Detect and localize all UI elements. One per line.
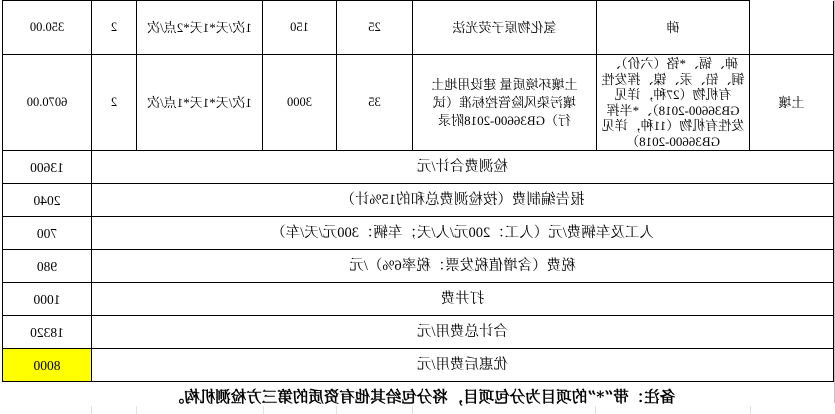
summary-label: 优惠后费用/元 <box>92 349 834 382</box>
summary-value: 1000 <box>3 283 92 316</box>
col-b-cell: 3000 <box>263 55 337 151</box>
summary-value: 13600 <box>3 151 92 184</box>
sheet-gridline <box>136 406 137 414</box>
summary-value: 18320 <box>3 316 92 349</box>
count-cell: 2 <box>92 1 137 55</box>
category-cell <box>750 1 834 55</box>
test-item-text: 砷 <box>597 20 749 36</box>
summary-value: 2040 <box>3 184 92 217</box>
table-row: 砷 氢化物原子荧光法 25 150 1次/天*1天*2点/次 2 350.00 <box>3 1 834 55</box>
summary-row-discounted-total: 优惠后费用/元 8000 <box>3 349 834 382</box>
summary-row-test-fee-total: 检测费合计/元 13600 <box>3 151 834 184</box>
test-item-cell: 砷、镉、*铬（六价）、 铜、铅、汞、镍、挥发性 有机物（27种，详见 GB366… <box>597 55 750 151</box>
summary-row-grand-total: 合计总费用/元 18320 <box>3 316 834 349</box>
sheet-gridline <box>263 406 264 414</box>
sheet-gridline <box>750 406 751 414</box>
mirrored-document-view: 砷 氢化物原子荧光法 25 150 1次/天*1天*2点/次 2 350.00 … <box>0 0 835 414</box>
col-a-cell: 25 <box>337 1 413 55</box>
test-method-text: 氢化物原子荧光法 <box>413 19 596 37</box>
fee-quotation-table: 砷 氢化物原子荧光法 25 150 1次/天*1天*2点/次 2 350.00 … <box>2 0 834 382</box>
test-method-text-line: 壤污染风险管控标准（试 <box>413 94 596 112</box>
summary-value: 700 <box>3 217 92 250</box>
amount-cell: 350.00 <box>3 1 92 55</box>
test-item-text-line: 铜、铅、汞、镍、挥发性 <box>597 72 749 88</box>
summary-label: 税费（含增值税发票：税率6%）/元 <box>92 250 834 283</box>
col-a-cell: 35 <box>337 55 413 151</box>
test-method-cell: 土壤环境质量 建设用地土 壤污染风险管控标准（试 行）GB36600-2018附… <box>413 55 597 151</box>
table-row: 土壤 砷、镉、*铬（六价）、 铜、铅、汞、镍、挥发性 有机物（27种，详见 GB… <box>3 55 834 151</box>
summary-row-tax: 税费（含增值税发票：税率6%）/元 980 <box>3 250 834 283</box>
test-method-text-line: 行）GB36600-2018附录 <box>413 112 596 130</box>
sheet-gridline <box>336 406 337 414</box>
category-cell: 土壤 <box>750 55 834 151</box>
summary-row-drilling-fee: 打井费 1000 <box>3 283 834 316</box>
test-method-text-line: 土壤环境质量 建设用地土 <box>413 76 596 94</box>
test-method-cell: 氢化物原子荧光法 <box>413 1 597 55</box>
summary-value: 980 <box>3 250 92 283</box>
test-item-text-line: 有机物（27种，详见 <box>597 87 749 103</box>
highlighted-summary-value: 8000 <box>3 349 92 382</box>
summary-label: 检测费合计/元 <box>92 151 834 184</box>
col-b-cell: 150 <box>263 1 337 55</box>
summary-label: 报告编制费（按检测费总和的15%计） <box>92 184 834 217</box>
test-item-text-line: 发性有机物（11种，详见 <box>597 118 749 134</box>
sheet-gridline <box>595 406 596 414</box>
test-item-text-line: GB36600-2018）、*半挥 <box>597 103 749 119</box>
footnote-remark: 备注：带“*”的项目为分包项目，将分包给其他有资质的第三方检测机构。 <box>9 385 835 409</box>
summary-row-report-fee: 报告编制费（按检测费总和的15%计） 2040 <box>3 184 834 217</box>
test-item-text-line: GB36600-2018） <box>597 134 749 150</box>
test-item-cell: 砷 <box>597 1 750 55</box>
frequency-cell: 1次/天*1天*2点/次 <box>137 1 263 55</box>
frequency-cell: 1次/天*1天*1点/次 <box>137 55 263 151</box>
sheet-gridline <box>412 406 413 414</box>
sheet-gridline <box>91 406 92 414</box>
summary-label: 打井费 <box>92 283 834 316</box>
summary-row-labor-vehicle-fee: 人工及车辆费/元（人工：200元/人/天；车辆：300元/天/车） 700 <box>3 217 834 250</box>
amount-cell: 6070.00 <box>3 55 92 151</box>
summary-label: 人工及车辆费/元（人工：200元/人/天；车辆：300元/天/车） <box>92 217 834 250</box>
count-cell: 2 <box>92 55 137 151</box>
test-item-text-line: 砷、镉、*铬（六价）、 <box>597 56 749 72</box>
summary-label: 合计总费用/元 <box>92 316 834 349</box>
